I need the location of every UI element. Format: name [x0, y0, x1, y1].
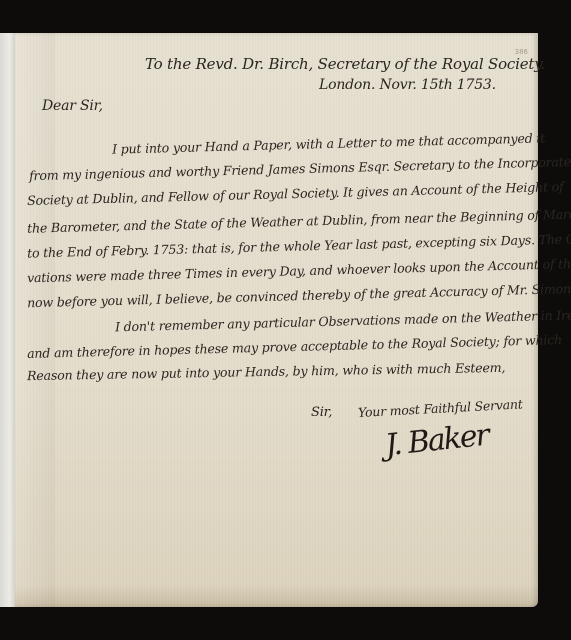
body-line-7: now before you will, I believe, be convi… [27, 281, 571, 310]
salutation: Dear Sir, [42, 98, 103, 114]
signature: J. Baker [383, 418, 489, 464]
body-line-1: I put into your Hand a Paper, with a Let… [112, 130, 545, 156]
body-line-5: to the End of Febry. 1753: that is, for … [27, 230, 571, 260]
body-line-9: and am therefore in hopes these may prov… [27, 332, 562, 361]
body-line-10: Reason they are now put into your Hands,… [27, 360, 505, 383]
letter-page: 386 To the Revd. Dr. Birch, Secretary of… [15, 33, 538, 607]
page-fold-shading [15, 33, 55, 607]
closing-phrase: Your most Faithful Servant [358, 396, 523, 420]
adjacent-leaf-edge [0, 33, 16, 607]
closing-sir: Sir, [311, 405, 332, 420]
body-line-3: Society at Dublin, and Fellow of our Roy… [27, 179, 564, 208]
body-line-8: I don't remember any particular Observat… [115, 307, 571, 335]
body-line-6: vations were made three Times in every D… [27, 256, 571, 286]
body-line-4: the Barometer, and the State of the Weat… [27, 205, 571, 236]
address-line: To the Revd. Dr. Birch, Secretary of the… [145, 55, 545, 73]
body-line-2: from my ingenious and worthy Friend Jame… [29, 154, 571, 183]
dateline: London. Novr. 15th 1753. [319, 77, 496, 93]
